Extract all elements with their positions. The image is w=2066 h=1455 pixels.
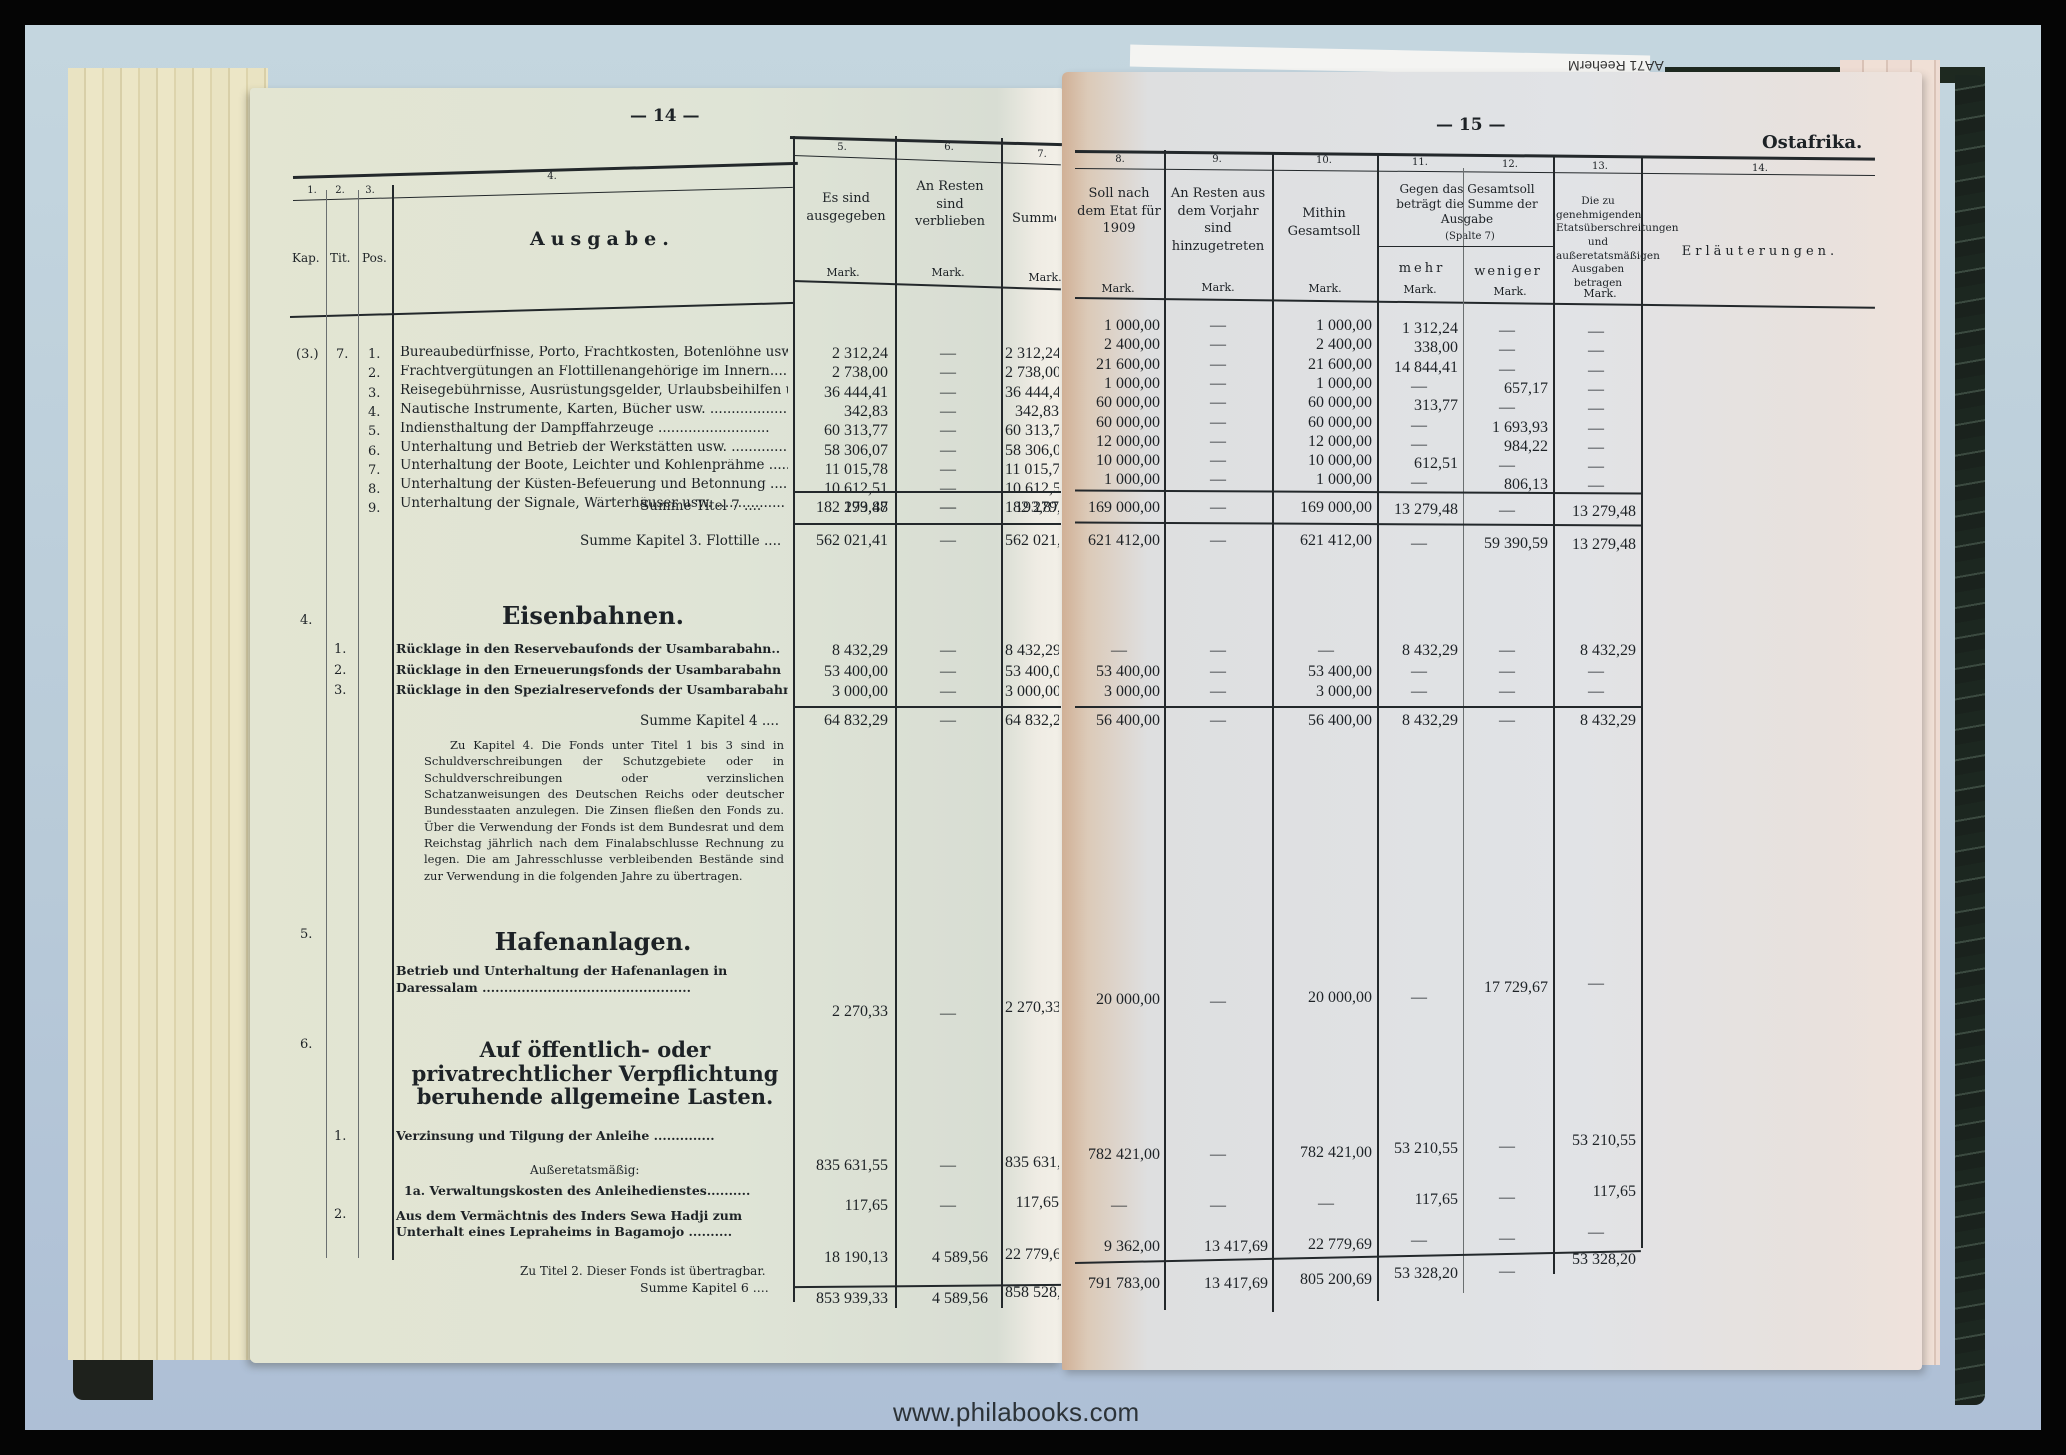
cell-col8: 53 400,00 bbox=[1078, 664, 1160, 680]
col-divider-1 bbox=[326, 190, 327, 1258]
section-title-lasten: Auf öffentlich- oder privatrechtlicher V… bbox=[405, 1038, 785, 1109]
row-description: Indiensthaltung der Dampffahrzeuge .....… bbox=[400, 422, 788, 436]
pos-cell: 1. bbox=[368, 348, 388, 361]
r-col-divider-8 bbox=[1164, 150, 1166, 1310]
cell-col10: 782 421,00 bbox=[1280, 1145, 1372, 1161]
cell-col12: — bbox=[1466, 713, 1548, 729]
cell-col11: 338,00 bbox=[1380, 340, 1458, 356]
cell-col12: — bbox=[1466, 503, 1548, 519]
header-col5: Es sind ausgegeben bbox=[800, 190, 892, 225]
cell-col12: — bbox=[1466, 1190, 1548, 1206]
kap-6: 6. bbox=[300, 1038, 312, 1051]
cell-col6: — bbox=[900, 423, 996, 439]
cell-col9: — bbox=[1168, 533, 1268, 549]
cell-col7: 11 015,78 bbox=[1005, 462, 1059, 478]
header-tit: Tit. bbox=[330, 252, 350, 264]
colnum-11: 11. bbox=[1408, 158, 1432, 168]
pos-cell: 5. bbox=[368, 425, 388, 438]
summe-titel-7-c7: 182 279,48 bbox=[1005, 500, 1059, 516]
cell-col13: 8 432,29 bbox=[1556, 713, 1636, 729]
cell-col9: — bbox=[1168, 357, 1268, 373]
cell-col13: 53 210,55 bbox=[1556, 1133, 1636, 1149]
cell-col12: 657,17 bbox=[1466, 381, 1548, 397]
cell-col11: — bbox=[1380, 437, 1458, 453]
cell-col9: — bbox=[1168, 395, 1268, 411]
colnum-6: 6. bbox=[937, 143, 961, 153]
cell-col12: — bbox=[1466, 1264, 1548, 1280]
cell-col12: 17 729,67 bbox=[1466, 980, 1548, 996]
cell-col10: 1 000,00 bbox=[1280, 472, 1372, 488]
cell-col13: — bbox=[1556, 363, 1636, 379]
cell-col6: — bbox=[900, 346, 996, 362]
pos-cell: 9. bbox=[368, 502, 388, 515]
cell-col9: — bbox=[1168, 1198, 1268, 1214]
cell-col10: 621 412,00 bbox=[1280, 533, 1372, 549]
cell-col7: 342,83 bbox=[1005, 404, 1059, 420]
row-hafenanlagen-c7: 2 270,33 bbox=[1005, 1000, 1059, 1016]
header-col11-12-group: Gegen das Gesamtsoll beträgt die Summe d… bbox=[1382, 182, 1552, 227]
cell-col6: — bbox=[900, 684, 996, 700]
cell-col7: 835 631,55 bbox=[1005, 1155, 1059, 1171]
cell-col10: 1 000,00 bbox=[1280, 318, 1372, 334]
cell-col9: 13 417,69 bbox=[1168, 1239, 1268, 1255]
cell-col5: 3 000,00 bbox=[800, 684, 888, 700]
row-description: Außeretatsmäßig: bbox=[530, 1164, 922, 1176]
col-divider-5 bbox=[895, 136, 897, 1308]
cell-col11: — bbox=[1380, 475, 1458, 491]
header-col11: mehr bbox=[1382, 260, 1462, 278]
summe-kapitel-3-c6: — bbox=[900, 533, 996, 549]
row-description: Unterhaltung und Betrieb der Werkstätten… bbox=[400, 441, 788, 455]
note-titel-2: Zu Titel 2. Dieser Fonds ist übertragbar… bbox=[520, 1265, 766, 1277]
colnum-13: 13. bbox=[1588, 162, 1612, 172]
cell-col7: 22 779,69 bbox=[1005, 1247, 1059, 1263]
pos-cell: 8. bbox=[368, 483, 388, 496]
header-pos: Pos. bbox=[362, 252, 387, 264]
header-col14: Erläuterungen. bbox=[1645, 243, 1875, 261]
header-col9: An Resten aus dem Vorjahr sind hinzugetr… bbox=[1168, 185, 1268, 255]
header-col12: weniger bbox=[1466, 263, 1550, 281]
row-hafenanlagen-text: Betrieb und Unterhaltung der Hafenanlage… bbox=[396, 963, 784, 997]
cell-col7: 3 000,00 bbox=[1005, 684, 1059, 700]
cell-col8: 621 412,00 bbox=[1078, 533, 1160, 549]
pos-cell: 4. bbox=[368, 406, 388, 419]
unit-col7: Mark. bbox=[1028, 272, 1062, 283]
cell-col6: — bbox=[900, 385, 996, 401]
cell-col6: 4 589,56 bbox=[900, 1250, 988, 1266]
cell-col7: 117,65 bbox=[1005, 1195, 1059, 1211]
cell-col11: 8 432,29 bbox=[1380, 643, 1458, 659]
pos-cell: 7. bbox=[368, 464, 388, 477]
cell-col9: — bbox=[1168, 664, 1268, 680]
cell-col7: 2 312,24 bbox=[1005, 346, 1059, 362]
cell-col11: 14 844,41 bbox=[1380, 360, 1458, 376]
cell-col13: — bbox=[1556, 324, 1636, 340]
cell-col13: 53 328,20 bbox=[1556, 1252, 1636, 1268]
cell-col13: — bbox=[1556, 976, 1636, 992]
cell-col13: — bbox=[1556, 459, 1636, 475]
cell-col11: 117,65 bbox=[1380, 1192, 1458, 1208]
header-kap: Kap. bbox=[292, 252, 320, 264]
cell-col6: — bbox=[900, 443, 996, 459]
cell-col9: — bbox=[1168, 500, 1268, 516]
cell-col7: 10 612,51 bbox=[1005, 481, 1059, 497]
cell-col10: — bbox=[1280, 1196, 1372, 1212]
cell-col11: — bbox=[1380, 684, 1458, 700]
sum-rule-3 bbox=[793, 706, 1061, 708]
cell-col13: 13 279,48 bbox=[1556, 504, 1636, 520]
right-page-number: — 15 — bbox=[1436, 117, 1506, 134]
cell-col5: 11 015,78 bbox=[800, 462, 888, 478]
left-page-number: — 14 — bbox=[630, 108, 700, 125]
colnum-7: 7. bbox=[1030, 150, 1054, 160]
cell-col11: — bbox=[1380, 990, 1458, 1006]
cell-col13: — bbox=[1556, 1225, 1636, 1241]
summe-kapitel-6-c6: 4 589,56 bbox=[900, 1291, 988, 1307]
cell-col10: 21 600,00 bbox=[1280, 357, 1372, 373]
cell-col8: 9 362,00 bbox=[1078, 1239, 1160, 1255]
cell-col6: — bbox=[900, 664, 996, 680]
unit-col8: Mark. bbox=[1098, 283, 1138, 294]
row-description: Aus dem Vermächtnis des Inders Sewa Hadj… bbox=[396, 1208, 784, 1241]
cell-col8: 782 421,00 bbox=[1078, 1147, 1160, 1163]
cell-col10: 10 000,00 bbox=[1280, 453, 1372, 469]
cell-col13: — bbox=[1556, 440, 1636, 456]
cell-col8: 791 783,00 bbox=[1078, 1276, 1160, 1292]
cell-col8: 10 000,00 bbox=[1078, 453, 1160, 469]
region-title: Ostafrika. bbox=[1762, 134, 1862, 152]
tit-cell: 1. bbox=[334, 1130, 354, 1143]
unit-col6: Mark. bbox=[928, 267, 968, 278]
tit-cell: 2. bbox=[334, 664, 354, 677]
r-mehr-weniger-rule bbox=[1377, 246, 1553, 247]
cell-col11: — bbox=[1380, 664, 1458, 680]
cell-col12: — bbox=[1466, 1139, 1548, 1155]
pos-cell: 6. bbox=[368, 445, 388, 458]
header-col10: Mithin Gesamtsoll bbox=[1276, 205, 1372, 240]
cell-col5: 342,83 bbox=[800, 404, 888, 420]
cell-col7: 60 313,77 bbox=[1005, 423, 1059, 439]
cell-col10: 1 000,00 bbox=[1280, 376, 1372, 392]
unit-col9: Mark. bbox=[1198, 282, 1238, 293]
tit-cell: 7. bbox=[336, 348, 348, 361]
colnum-10: 10. bbox=[1312, 156, 1336, 166]
row-description: Rücklage in den Spezialreservefonds der … bbox=[396, 684, 788, 697]
unit-col5: Mark. bbox=[823, 267, 863, 278]
cell-col9: — bbox=[1168, 453, 1268, 469]
watermark: www.philabooks.com bbox=[893, 1397, 1139, 1428]
summe-kapitel-6-c7: 858 528,89 bbox=[1005, 1285, 1059, 1301]
row-description: Bureaubedürfnisse, Porto, Frachtkosten, … bbox=[400, 346, 788, 360]
cell-col6: — bbox=[900, 365, 996, 381]
row-description: Unterhaltung der Küsten-Befeuerung und B… bbox=[400, 478, 788, 492]
cell-col5: 10 612,51 bbox=[800, 481, 888, 497]
cell-col8: 3 000,00 bbox=[1078, 684, 1160, 700]
cell-col11: 13 279,48 bbox=[1380, 502, 1458, 518]
cell-col9: — bbox=[1168, 684, 1268, 700]
cell-col9: — bbox=[1168, 434, 1268, 450]
col-divider-2 bbox=[358, 190, 359, 1258]
book-cover-right bbox=[1955, 75, 1985, 1405]
cell-col8: 21 600,00 bbox=[1078, 357, 1160, 373]
cell-col12: 59 390,59 bbox=[1466, 536, 1548, 552]
colnum-5: 5. bbox=[830, 143, 854, 153]
kap-5: 5. bbox=[300, 928, 312, 941]
row-description: Frachtvergütungen an Flottillenangehörig… bbox=[400, 365, 788, 379]
summe-kapitel-4-label: Summe Kapitel 4 .... bbox=[640, 715, 779, 729]
header-col6: An Resten sind verblieben bbox=[902, 178, 998, 231]
r-col-divider-12 bbox=[1553, 156, 1555, 1274]
cell-col5: 36 444,41 bbox=[800, 385, 888, 401]
cell-col12: — bbox=[1466, 664, 1548, 680]
cell-col13: — bbox=[1556, 421, 1636, 437]
cell-col5: 58 306,07 bbox=[800, 443, 888, 459]
cell-col12: — bbox=[1466, 342, 1548, 358]
cell-col12: — bbox=[1466, 684, 1548, 700]
unit-col12: Mark. bbox=[1490, 286, 1530, 297]
col-divider-6 bbox=[1001, 138, 1003, 1308]
cell-col11: 313,77 bbox=[1380, 398, 1458, 414]
cell-col10: 60 000,00 bbox=[1280, 415, 1372, 431]
summe-kapitel-3-label: Summe Kapitel 3. Flottille .... bbox=[580, 535, 781, 549]
cell-col11: — bbox=[1380, 418, 1458, 434]
colnum-14: 14. bbox=[1748, 164, 1772, 174]
summe-kapitel-6-c5: 853 939,33 bbox=[800, 1291, 888, 1307]
cell-col9: — bbox=[1168, 318, 1268, 334]
r-col-divider-10 bbox=[1377, 153, 1379, 1301]
colnum-9: 9. bbox=[1205, 155, 1229, 165]
tit-cell: 1. bbox=[334, 643, 354, 656]
cell-col13: — bbox=[1556, 401, 1636, 417]
pos-cell: 3. bbox=[368, 387, 388, 400]
row-description: Rücklage in den Erneuerungsfonds der Usa… bbox=[396, 664, 788, 677]
summe-kapitel-3-c7: 562 021,41 bbox=[1005, 533, 1059, 549]
cell-col10: 805 200,69 bbox=[1280, 1272, 1372, 1288]
col-divider-4 bbox=[793, 136, 795, 1302]
cell-col9: — bbox=[1168, 376, 1268, 392]
cell-col12: — bbox=[1466, 323, 1548, 339]
cell-col10: 53 400,00 bbox=[1280, 664, 1372, 680]
cell-col11: 8 432,29 bbox=[1380, 713, 1458, 729]
cell-col9: — bbox=[1168, 643, 1268, 659]
section-title-hafenanlagen: Hafenanlagen. bbox=[393, 930, 793, 954]
col-divider-3 bbox=[392, 185, 394, 1260]
r-col-divider-13 bbox=[1641, 158, 1643, 1248]
cell-col13: 13 279,48 bbox=[1556, 537, 1636, 553]
colnum-12: 12. bbox=[1498, 160, 1522, 170]
row-description: Unterhaltung der Boote, Leichter und Koh… bbox=[400, 459, 788, 473]
summe-titel-7-label: Summe Titel 7 .... bbox=[640, 500, 761, 514]
cell-col6: — bbox=[900, 643, 996, 659]
cell-col8: 169 000,00 bbox=[1078, 500, 1160, 516]
colnum-8: 8. bbox=[1108, 155, 1132, 165]
cell-col8: 20 000,00 bbox=[1078, 992, 1160, 1008]
cell-col10: 3 000,00 bbox=[1280, 684, 1372, 700]
cell-col12: 984,22 bbox=[1466, 439, 1548, 455]
cell-col12: — bbox=[1466, 1231, 1548, 1247]
cell-col10: 60 000,00 bbox=[1280, 395, 1372, 411]
cell-col11: — bbox=[1380, 379, 1458, 395]
cell-col8: 60 000,00 bbox=[1078, 395, 1160, 411]
sum-rule-2 bbox=[793, 523, 1061, 525]
header-col8: Soll nach dem Etat für 1909 bbox=[1076, 185, 1162, 238]
cell-col7: 2 738,00 bbox=[1005, 365, 1059, 381]
cell-col5: 18 190,13 bbox=[800, 1250, 888, 1266]
cell-col9: — bbox=[1168, 337, 1268, 353]
cell-col9: — bbox=[1168, 994, 1268, 1010]
cell-col5: 53 400,00 bbox=[800, 664, 888, 680]
cell-col9: — bbox=[1168, 713, 1268, 729]
r-col-divider-9 bbox=[1272, 152, 1274, 1312]
cell-col7: 36 444,41 bbox=[1005, 385, 1059, 401]
cell-col11: — bbox=[1380, 1233, 1458, 1249]
sum-rule-1 bbox=[793, 491, 1061, 493]
kap-4: 4. bbox=[300, 614, 312, 627]
header-col11-12-sub: (Spalte 7) bbox=[1430, 230, 1510, 244]
tit-cell: 2. bbox=[334, 1208, 354, 1221]
unit-col13: Mark. bbox=[1580, 288, 1620, 299]
cell-col12: — bbox=[1466, 458, 1548, 474]
tit-cell: 3. bbox=[334, 684, 354, 697]
cell-col7: 8 432,29 bbox=[1005, 643, 1059, 659]
row-description: Reisegebührnisse, Ausrüstungsgelder, Url… bbox=[400, 384, 788, 398]
cell-col10: 12 000,00 bbox=[1280, 434, 1372, 450]
cell-col9: — bbox=[1168, 472, 1268, 488]
unit-col11: Mark. bbox=[1400, 284, 1440, 295]
cell-col11: 53 328,20 bbox=[1380, 1266, 1458, 1282]
colnum-1: 1. bbox=[300, 186, 324, 196]
header-col7: Summe bbox=[1012, 210, 1056, 228]
cell-col10: 22 779,69 bbox=[1280, 1237, 1372, 1253]
cell-col7: 53 400,00 bbox=[1005, 664, 1059, 680]
cell-col13: — bbox=[1556, 343, 1636, 359]
colnum-3: 3. bbox=[358, 186, 382, 196]
cell-col12: — bbox=[1466, 400, 1548, 416]
cell-col13: — bbox=[1556, 664, 1636, 680]
header-ausgabe: Ausgabe. bbox=[530, 230, 675, 249]
cell-col8: 1 000,00 bbox=[1078, 472, 1160, 488]
cell-col8: 56 400,00 bbox=[1078, 713, 1160, 729]
cell-col9: 13 417,69 bbox=[1168, 1276, 1268, 1292]
colnum-2: 2. bbox=[328, 186, 352, 196]
cell-col5: 2 738,00 bbox=[800, 365, 888, 381]
cell-col13: 117,65 bbox=[1556, 1184, 1636, 1200]
cell-col8: 1 000,00 bbox=[1078, 318, 1160, 334]
summe-kapitel-4-c6: — bbox=[900, 713, 996, 729]
cell-col10: 56 400,00 bbox=[1280, 713, 1372, 729]
cell-col10: 20 000,00 bbox=[1280, 990, 1372, 1006]
r-sum-rule-3 bbox=[1075, 706, 1641, 708]
cell-col6: — bbox=[900, 462, 996, 478]
header-col13: Die zu genehmigenden Etatsüberschreitung… bbox=[1556, 195, 1640, 290]
section-title-eisenbahnen: Eisenbahnen. bbox=[393, 604, 793, 628]
note-kapitel-4: Zu Kapitel 4. Die Fonds unter Titel 1 bi… bbox=[424, 737, 784, 884]
cell-col10: 169 000,00 bbox=[1280, 500, 1372, 516]
cell-col8: — bbox=[1078, 643, 1160, 659]
pos-cell: 2. bbox=[368, 367, 388, 380]
cell-col8: 12 000,00 bbox=[1078, 434, 1160, 450]
cell-col12: 1 693,93 bbox=[1466, 420, 1548, 436]
cell-col10: 2 400,00 bbox=[1280, 337, 1372, 353]
cell-col8: 2 400,00 bbox=[1078, 337, 1160, 353]
cell-col6: — bbox=[900, 404, 996, 420]
cell-col7: 58 306,07 bbox=[1005, 443, 1059, 459]
cell-col5: 117,65 bbox=[800, 1198, 888, 1214]
cell-col6: — bbox=[900, 481, 996, 497]
summe-titel-7-c6: — bbox=[900, 500, 996, 516]
row-hafenanlagen-c5: 2 270,33 bbox=[800, 1004, 888, 1020]
cell-col11: 612,51 bbox=[1380, 456, 1458, 472]
cell-col5: 8 432,29 bbox=[800, 643, 888, 659]
cell-col9: — bbox=[1168, 1147, 1268, 1163]
summe-kapitel-4-c5: 64 832,29 bbox=[800, 713, 888, 729]
cell-col9: — bbox=[1168, 415, 1268, 431]
row-hafenanlagen-c6: — bbox=[900, 1006, 996, 1022]
row-description: Rücklage in den Reservebaufonds der Usam… bbox=[396, 643, 788, 656]
summe-titel-7-c5: 182 279,48 bbox=[800, 500, 888, 516]
row-description: Verzinsung und Tilgung der Anleihe .....… bbox=[396, 1130, 788, 1143]
cell-col13: — bbox=[1556, 684, 1636, 700]
cell-col11: 1 312,24 bbox=[1380, 321, 1458, 337]
page-stack-left bbox=[68, 68, 268, 1360]
cell-col11: — bbox=[1380, 536, 1458, 552]
row-description: Nautische Instrumente, Karten, Bücher us… bbox=[400, 403, 788, 417]
cell-col13: 8 432,29 bbox=[1556, 643, 1636, 659]
summe-kapitel-4-c7: 64 832,29 bbox=[1005, 713, 1059, 729]
colnum-4: 4. bbox=[540, 172, 564, 182]
cell-col8: 1 000,00 bbox=[1078, 376, 1160, 392]
cell-col8: — bbox=[1078, 1198, 1160, 1214]
cell-col10: — bbox=[1280, 643, 1372, 659]
cell-col8: 60 000,00 bbox=[1078, 415, 1160, 431]
cell-col6: — bbox=[900, 1198, 996, 1214]
r-col-divider-11 bbox=[1463, 168, 1464, 1293]
cell-col5: 60 313,77 bbox=[800, 423, 888, 439]
row-description: 1a. Verwaltungskosten des Anleihedienste… bbox=[404, 1185, 796, 1198]
cell-col11: 53 210,55 bbox=[1380, 1141, 1458, 1157]
cell-col13: — bbox=[1556, 382, 1636, 398]
summe-kapitel-3-c5: 562 021,41 bbox=[800, 533, 888, 549]
kap-cell: (3.) bbox=[296, 348, 319, 361]
unit-col10: Mark. bbox=[1305, 283, 1345, 294]
cell-col12: — bbox=[1466, 643, 1548, 659]
cell-col5: 2 312,24 bbox=[800, 346, 888, 362]
summe-kapitel-6-label: Summe Kapitel 6 .... bbox=[640, 1282, 769, 1295]
cell-col12: — bbox=[1466, 362, 1548, 378]
